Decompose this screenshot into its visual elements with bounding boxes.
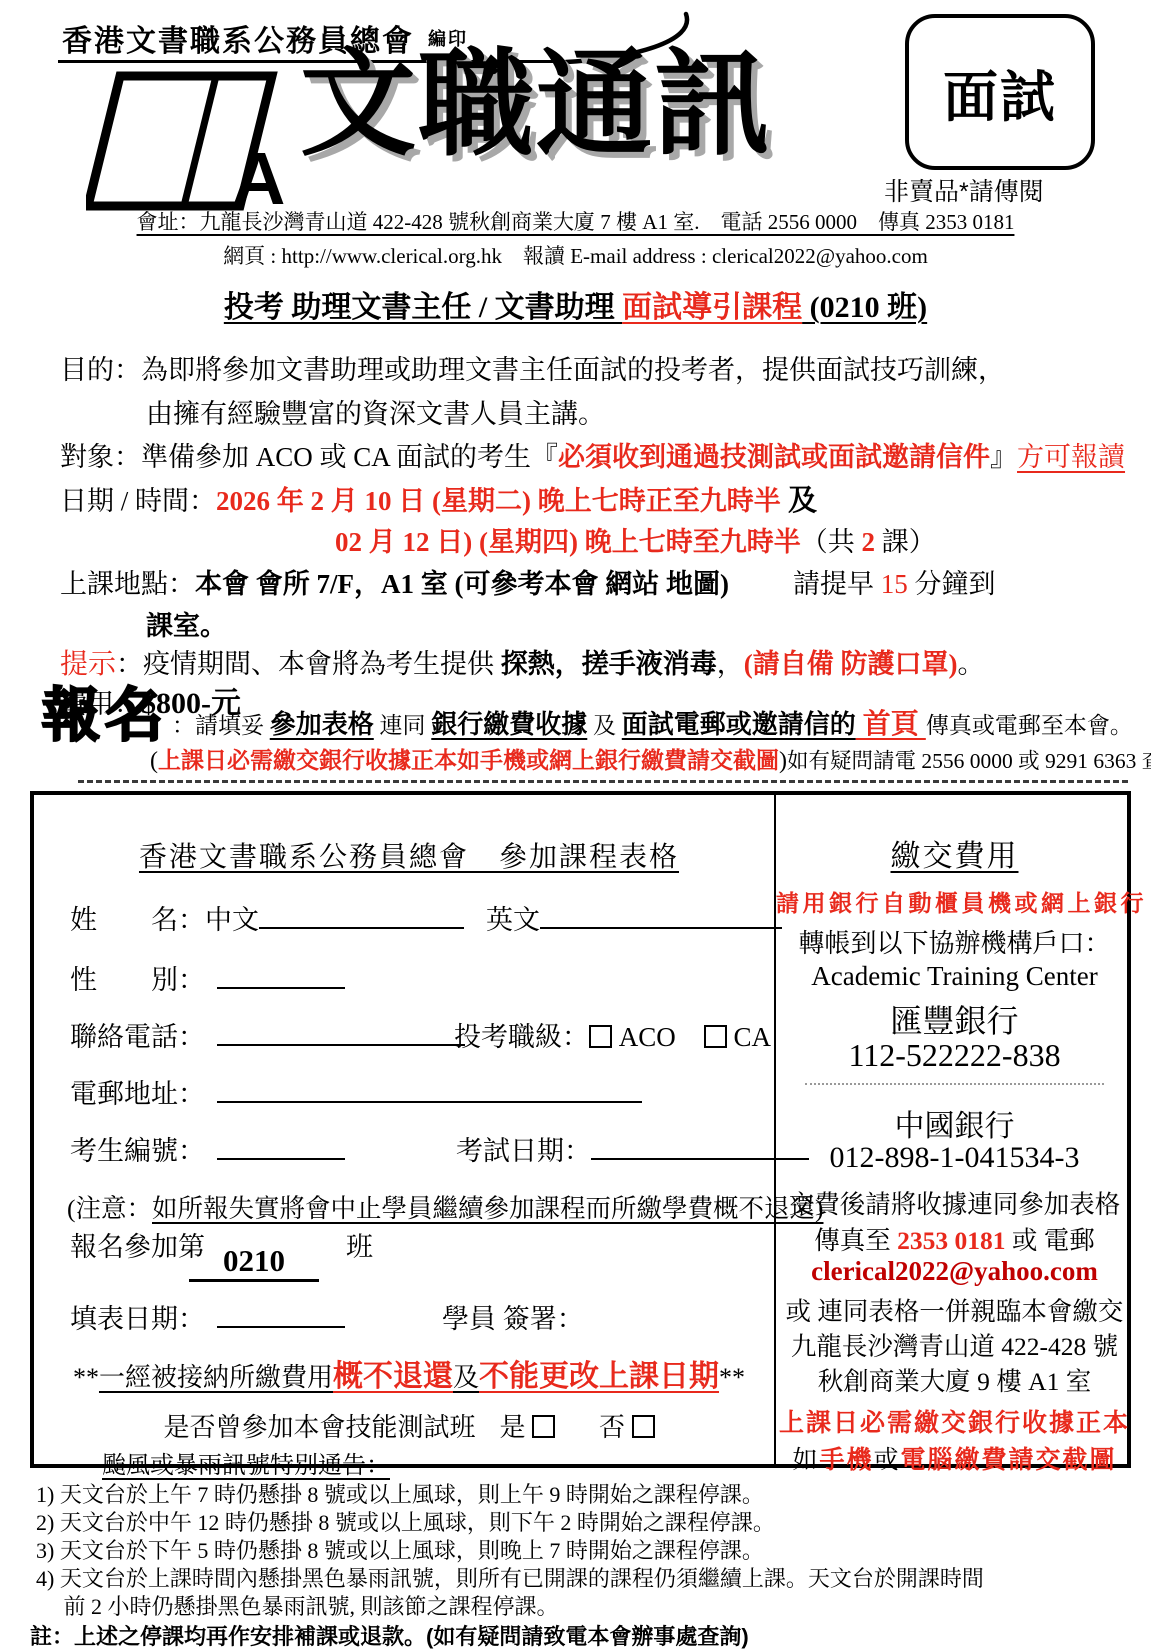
target-line: 對象：準備參加 ACO 或 CA 面試的考生『必須收到通過技測試或面試邀請信件』…: [60, 435, 1125, 474]
warning-line: **一經被接納所繳費用概不退還及不能更改上課日期**: [64, 1351, 754, 1395]
skill-label: 是否曾參加本會技能測試班: [163, 1413, 475, 1442]
address-text: 會址：九龍長沙灣青山道 422-428 號秋創商業大廈 7 樓 A1 室. 電話…: [137, 210, 1015, 234]
course-title-black2: (0210 班): [802, 291, 927, 324]
examdate-label: 考試日期：: [456, 1136, 591, 1166]
newsletter-page: { "header": { "org_name": "香港文書職系公務員總會",…: [0, 0, 1151, 1650]
purpose-line1: 目的：為即將參加文書助理或助理文書主任面試的投考者，提供面試技巧訓練，: [60, 348, 1005, 387]
enroll-label: 報名參加第: [70, 1225, 205, 1264]
warn-mid: 及: [453, 1363, 479, 1392]
fax-line: 傳真至 2353 0181 或 電郵: [776, 1221, 1133, 1257]
hint-line: 提示：疫情期間、本會將為考生提供 探熱，搓手液消毒，(請自備 防護口罩)。: [60, 642, 985, 682]
datetime-and: 及: [781, 485, 817, 517]
notice-underlined: 如所報失實將會中止學員繼續參加課程而所繳學費概不退還): [152, 1194, 824, 1223]
form-heading: 香港文書職系公務員總會 參加課程表格: [64, 835, 754, 875]
hint-period: 。: [958, 649, 985, 679]
paren-open: (: [150, 748, 158, 774]
signup-big-label: 報名: [42, 668, 168, 752]
skill-no-label: 否: [599, 1413, 625, 1442]
datetime-num: 2: [861, 527, 875, 557]
hint-text: 疫情期間、本會將為考生提供: [143, 649, 501, 679]
datetime-red2: 02 月 12 日) (星期四) 晚上七時至九時半: [335, 527, 801, 557]
signature-label: 學員 簽署：: [442, 1297, 584, 1336]
course-title-black1: 投考 助理文書主任 / 文書助理: [224, 291, 622, 324]
phone-row: 聯絡電話：: [70, 1015, 465, 1054]
datetime-line2: 02 月 12 日) (星期四) 晚上七時至九時半（共 2 課）: [335, 520, 936, 559]
venue-red-number: 15: [881, 569, 908, 599]
warn-red1: 概不退還: [333, 1360, 453, 1393]
venue-tail2: 分鐘到: [908, 569, 996, 599]
gender-label: 性 別：: [70, 965, 205, 995]
datetime-tail1: （共: [801, 527, 862, 557]
datetime-line1: 日期 / 時間：2026 年 2 月 10 日 (星期二) 晚上七時正至九時半 …: [60, 478, 817, 519]
phone-field[interactable]: [217, 1016, 465, 1046]
payment-column: 繳交費用 請用銀行自動櫃員機或網上銀行 轉帳到以下協辦機構戶口： Academi…: [776, 795, 1133, 1464]
candidate-label: 考生編號：: [70, 1136, 205, 1166]
checkbox-ca[interactable]: [704, 1025, 727, 1048]
venue-label: 上課地點：: [60, 569, 195, 599]
warn-red2: 不能更改上課日期: [479, 1360, 719, 1393]
rn2-black1: 如: [792, 1447, 819, 1474]
target-label: 對象：: [60, 442, 141, 472]
gender-row: 性 別：: [70, 958, 345, 997]
target-red-underline: 方可報讀: [1017, 442, 1125, 472]
rank-row: 投考職級： ACO CA: [454, 1015, 771, 1054]
datetime-red1: 2026 年 2 月 10 日 (星期二) 晚上七時正至九時半: [216, 486, 781, 516]
header-email-link[interactable]: clerical2022@yahoo.com: [712, 244, 928, 268]
email-label: 報讀 E-mail address :: [502, 244, 712, 268]
notice-open: (注意：: [67, 1194, 152, 1223]
email-field-label: 電郵地址：: [70, 1079, 205, 1109]
signup-u1: 參加表格: [270, 710, 374, 739]
name-row: 姓 名：中文英文: [70, 898, 782, 937]
filldate-label: 填表日期：: [70, 1304, 205, 1334]
payment-heading: 繳交費用: [776, 831, 1133, 875]
quote-close: 』: [990, 442, 1017, 472]
name-label: 姓 名：: [70, 905, 205, 935]
typhoon-heading-text: 颱風或暴雨訊號特別通告：: [102, 1453, 390, 1479]
name-cn-label: 中文: [205, 905, 259, 935]
web-label: 網頁 :: [223, 244, 281, 268]
warn-black: 一經被接納所繳費用: [99, 1363, 333, 1392]
datetime-label: 日期 / 時間：: [60, 486, 216, 516]
candidate-field[interactable]: [217, 1130, 345, 1160]
typhoon-heading: 颱風或暴雨訊號特別通告：: [102, 1445, 390, 1480]
typhoon-note-2: 2) 天文台於中午 12 時仍懸掛 8 號或以上風球，則下午 2 時開始之課程停…: [36, 1506, 775, 1537]
signup-t2: 連同: [374, 713, 432, 738]
paren-close: ): [779, 748, 787, 774]
warn-star1: **: [73, 1363, 99, 1392]
name-cn-field[interactable]: [259, 899, 464, 929]
datetime-tail2: 課）: [875, 527, 936, 557]
payment-divider: [805, 1083, 1105, 1085]
warn-star2: **: [719, 1363, 745, 1392]
payment-red-line: 請用銀行自動櫃員機或網上銀行: [776, 885, 1133, 918]
payment-line2: 轉帳到以下協辦機構戶口：: [776, 923, 1133, 960]
notice-line: (注意：如所報失實將會中止學員繼續參加課程而所繳學費概不退還): [67, 1189, 824, 1225]
typhoon-note-3: 3) 天文台於下午 5 時仍懸掛 8 號或以上風球，則晚上 7 時開始之課程停課…: [36, 1534, 764, 1565]
hint-bold: 探熱，搓手液消毒: [501, 649, 717, 679]
filldate-field[interactable]: [217, 1298, 345, 1328]
form-heading-text: 香港文書職系公務員總會 參加課程表格: [139, 842, 679, 873]
skill-test-row: 是否曾參加本會技能測試班是 否: [64, 1407, 754, 1444]
venue-line2: 課室。: [146, 604, 227, 643]
target-red: 必須收到通過技測試或面試邀請信件: [558, 442, 990, 472]
signup-red-note: 上課日必需繳交銀行收據正本如手機或網上銀行繳費請交截圖: [158, 748, 779, 773]
payment-line4: 或 連同表格一併親臨本會繳交: [776, 1292, 1133, 1328]
registration-form-box: 香港文書職系公務員總會 參加課程表格 姓 名：中文英文 性 別： 聯絡電話： 投…: [30, 791, 1131, 1468]
purpose-line2: 由擁有經驗豐富的資深文書人員主講。: [146, 392, 605, 431]
checkbox-yes[interactable]: [532, 1415, 555, 1438]
rn2-black2: 或: [874, 1447, 901, 1474]
rank-ca-label: CA: [734, 1022, 772, 1052]
target-pre: 準備參加 ACO 或 CA 面試的考生: [141, 442, 531, 472]
bank2-name: 中國銀行: [776, 1101, 1133, 1145]
signup-line1: ：請填妥 參加表格 連同 銀行繳費收據 及 面試電郵或邀請信的 首頁 傳真或電郵…: [172, 702, 1133, 742]
payment-line3: 交費後請將收據連同參加表格: [776, 1185, 1133, 1221]
signup-tail: 如有疑問請電 2556 0000 或 9291 6363 查詢。: [787, 749, 1151, 773]
interview-badge-text: 面試: [943, 53, 1057, 132]
rn2-red2: 電腦繳費請交截圖: [901, 1447, 1117, 1474]
purpose-label: 目的：: [60, 355, 141, 385]
course-title: 投考 助理文書主任 / 文書助理 面試導引課程 (0210 班): [0, 282, 1151, 326]
name-en-field[interactable]: [540, 899, 782, 929]
examdate-row: 考試日期：: [456, 1129, 809, 1168]
footer-note: 註：上述之停課均再作安排補課或退款。(如有疑問請致電本會辦事處查詢): [30, 1620, 749, 1650]
website-link[interactable]: http://www.clerical.org.hk: [282, 244, 502, 268]
cut-line: [78, 780, 1128, 783]
class-number-field[interactable]: 0210: [189, 1243, 319, 1282]
quote-open: 『: [531, 442, 558, 472]
payment-red-note1: 上課日必需繳交銀行收據正本: [776, 1403, 1133, 1439]
checkbox-aco[interactable]: [589, 1025, 612, 1048]
rank-aco-label: ACO: [619, 1022, 676, 1052]
svg-text:A: A: [232, 137, 285, 212]
signup-t1: 請填妥: [195, 713, 270, 738]
not-for-sale-label: 非賣品*請傳閱: [884, 172, 1044, 208]
typhoon-note-4b: 前 2 小時仍懸掛黑色暴雨訊號, 則該節之課程停課。: [36, 1590, 559, 1621]
fax-number: 2353 0181: [897, 1226, 1005, 1255]
bank1-account: 112-522222-838: [776, 1037, 1133, 1074]
web-email-line: 網頁 : http://www.clerical.org.hk 報讀 E-mai…: [0, 240, 1151, 270]
typhoon-note-1: 1) 天文台於上午 7 時仍懸掛 8 號或以上風球，則上午 9 時開始之課程停課…: [36, 1478, 764, 1509]
gender-field[interactable]: [217, 959, 345, 989]
signup-colon: ：: [172, 713, 195, 738]
signup-u3: 面試電郵或邀請信的: [622, 710, 856, 739]
bank1-name: 匯豐銀行: [776, 996, 1133, 1042]
union-logo-icon: A: [86, 70, 298, 212]
payment-email-link[interactable]: clerical2022@yahoo.com: [776, 1256, 1133, 1287]
signup-red-underline: 首頁: [856, 709, 926, 740]
email-field[interactable]: [217, 1073, 642, 1103]
payment-red-note2: 如手機或電腦繳費請交截圖: [776, 1440, 1133, 1476]
signup-line2: (上課日必需繳交銀行收據正本如手機或網上銀行繳費請交截圖)如有疑問請電 2556…: [150, 742, 1151, 775]
typhoon-note-4: 4) 天文台於上課時間內懸掛黑色暴雨訊號，則所有已開課的課程仍須繼續上課。天文台…: [36, 1562, 984, 1593]
rank-label: 投考職級：: [454, 1022, 589, 1052]
payment-addr2: 秋創商業大廈 9 樓 A1 室: [776, 1362, 1133, 1398]
purpose-text2: 由擁有經驗豐富的資深文書人員主講。: [146, 399, 605, 429]
purpose-text1: 為即將參加文書助理或助理文書主任面試的投考者，提供面試技巧訓練，: [141, 355, 1005, 385]
phone-label: 聯絡電話：: [70, 1022, 205, 1052]
hint-comma: ，: [717, 649, 744, 679]
candidate-row: 考生編號：: [70, 1129, 345, 1168]
interview-badge: 面試: [905, 14, 1095, 170]
bank2-account: 012-898-1-041534-3: [776, 1141, 1133, 1175]
name-en-label: 英文: [486, 905, 540, 935]
filldate-row: 填表日期：: [70, 1297, 345, 1336]
fax-pre: 傳真至: [814, 1226, 897, 1255]
course-title-red: 面試導引課程: [622, 291, 802, 324]
rn2-red1: 手機: [819, 1447, 873, 1474]
venue-tail1: 請提早: [793, 569, 881, 599]
masthead-title: 文職通訊: [300, 48, 772, 164]
email-row: 電郵地址：: [70, 1072, 642, 1111]
payment-heading-text: 繳交費用: [891, 840, 1019, 873]
venue-line1: 上課地點：本會 會所 7/F，A1 室 (可參考本會 網站 地圖)請提早 15 …: [60, 562, 995, 601]
payment-addr1: 九龍長沙灣青山道 422-428 號: [776, 1327, 1133, 1363]
fax-post: 或 電郵: [1006, 1226, 1095, 1255]
payment-org-name: Academic Training Center: [776, 961, 1133, 992]
hint-red: (請自備 防護口罩): [744, 649, 958, 679]
signup-t4: 傳真或電郵至本會。: [926, 713, 1133, 738]
signup-t3: 及: [587, 713, 622, 738]
signup-u2: 銀行繳費收據: [431, 710, 587, 739]
enroll-suffix: 班: [346, 1225, 373, 1264]
checkbox-no[interactable]: [632, 1415, 655, 1438]
venue-text: 本會 會所 7/F，A1 室 (可參考本會 網站 地圖): [195, 569, 729, 599]
skill-yes-label: 是: [499, 1413, 525, 1442]
address-line: 會址：九龍長沙灣青山道 422-428 號秋創商業大廈 7 樓 A1 室. 電話…: [0, 206, 1151, 236]
